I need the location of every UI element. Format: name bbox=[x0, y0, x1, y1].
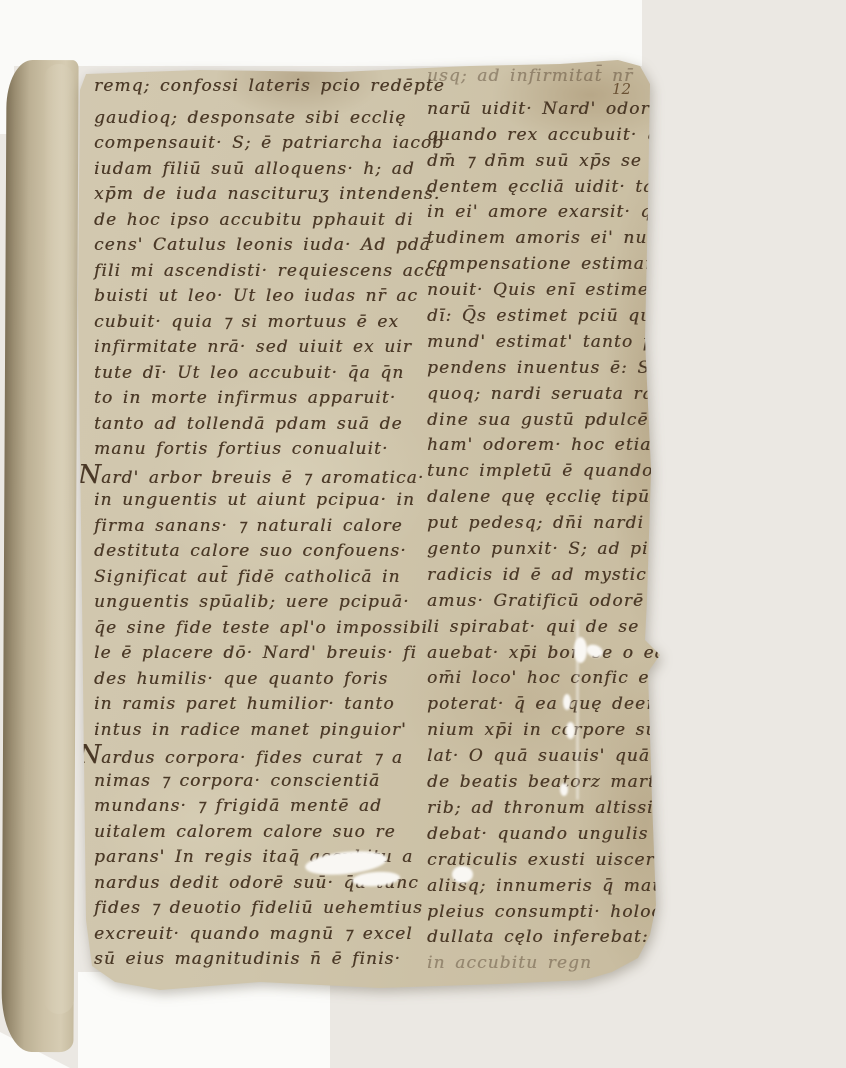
manuscript-line: dm̄ ⁊ dn̄m suū xp̄s se in cre bbox=[427, 151, 734, 177]
manuscript-line: fides ⁊ deuotio fideliū uehemtius bbox=[94, 898, 447, 924]
manuscript-line: in unguentis ut aiunt pcipua· in bbox=[94, 490, 447, 516]
manuscript-line: in accubitu regn bbox=[427, 953, 734, 979]
manuscript-line: amus· Gratificū odorē nar bbox=[427, 591, 734, 617]
manuscript-line: cubuit· quia ⁊ si mortuus ē ex bbox=[94, 312, 447, 338]
manuscript-line: quando rex accubuit· q̄a q̄ bbox=[427, 125, 734, 151]
manuscript-line: tanto ad tollendā pdam suā de bbox=[94, 414, 447, 440]
manuscript-line: rib; ad thronum altissimi bbox=[427, 798, 734, 824]
manuscript-line: buisti ut leo· Ut leo iudas nr̄ ac bbox=[94, 286, 447, 312]
manuscript-line: cens' Catulus leonis iuda· Ad pdā bbox=[94, 235, 447, 261]
manuscript-line: infirmitate nrā· sed uiuit ex uir bbox=[94, 337, 447, 363]
manuscript-line: fili mi ascendisti· requiescens accu bbox=[94, 261, 447, 287]
manuscript-line: nouit· Quis enī estimet mor bbox=[427, 280, 734, 306]
manuscript-line: ham' odorem· hoc etiam ad bbox=[427, 435, 734, 461]
manuscript-line: tute dī· Ut leo accubuit· q̄a q̄n bbox=[94, 363, 447, 389]
wormhole bbox=[452, 866, 473, 883]
manuscript-line: tunc impletū ē quando mar bbox=[427, 461, 734, 487]
crease-mark bbox=[563, 694, 571, 710]
manuscript-line: uitalem calorem calore suo re bbox=[94, 822, 447, 848]
text-column-left: remq; confossi lateris pcio redēptegaudi… bbox=[94, 76, 447, 975]
manuscript-line: in ei' amore exarsit· quanto m bbox=[427, 202, 734, 228]
manuscript-line: dullata cęlo inferebat: T bbox=[427, 927, 734, 953]
manuscript-line: radicis id ē ad mysticū sens bbox=[427, 565, 734, 591]
manuscript-line: xp̄m de iuda nascituruʒ intendens. bbox=[94, 184, 447, 210]
manuscript-line: poterat· q̄ ea quę deerant p bbox=[427, 694, 734, 720]
manuscript-line: intus in radice manet pinguior' bbox=[94, 720, 447, 746]
manuscript-line: nimas ⁊ corpora· conscientiā bbox=[94, 771, 447, 797]
manuscript-line: gento punxit· S; ad pingu bbox=[427, 539, 734, 565]
manuscript-line: Nard' arbor breuis ē ⁊ aromatica· bbox=[94, 465, 447, 491]
manuscript-line: compensauit· S; ē patriarcha iacob bbox=[94, 133, 447, 159]
manuscript-line: mund' estimat' tanto pcio im bbox=[427, 332, 734, 358]
manuscript-line: le ē placere dō· Nard' breuis· fi bbox=[94, 643, 447, 669]
crease-mark bbox=[566, 722, 575, 739]
manuscript-line: debat· quando ungulis ra bbox=[427, 824, 734, 850]
manuscript-photo: { "folio_number": "12", "left_column": {… bbox=[0, 0, 846, 1068]
manuscript-line: in ramis paret humilior· tanto bbox=[94, 694, 447, 720]
manuscript-line: Significat aut̄ fidē catholicā in bbox=[94, 567, 447, 593]
manuscript-line: parans' In regis itaq̄ accubitu a bbox=[94, 847, 447, 873]
manuscript-line: iudam filiū suū alloquens· h; ad bbox=[94, 159, 447, 185]
manuscript-line: gaudioq; desponsate sibi ecclię bbox=[94, 108, 447, 134]
manuscript-line: aliisq; innumeris q̄ maud bbox=[427, 876, 734, 902]
manuscript-line: de hoc ipso accubitu pphauit di bbox=[94, 210, 447, 236]
manuscript-line: des humilis· que quanto foris bbox=[94, 669, 447, 695]
manuscript-line: de beatis beatorz martyrū bbox=[427, 772, 734, 798]
manuscript-line: pendens inuentus ē: S; ut de bbox=[427, 358, 734, 384]
manuscript-line: put pedesq; dn̄i nardi pistic bbox=[427, 513, 734, 539]
manuscript-line: om̄i loco' hoc confic ent̄ bbox=[427, 668, 734, 694]
manuscript-line: dalene quę ęcclię tipū tenu bbox=[427, 487, 734, 513]
text-column-right: usq; ad infirmitat̄ nr̄narū uidit· Nard'… bbox=[427, 66, 734, 979]
manuscript-line: dī: Q̄s estimet pciū quo imm bbox=[427, 306, 734, 332]
manuscript-line: usq; ad infirmitat̄ nr̄ bbox=[427, 66, 734, 92]
manuscript-line: Nardus corpora· fides curat ⁊ a bbox=[94, 745, 447, 771]
manuscript-line: pleius consumpti· holocau bbox=[427, 902, 734, 928]
parchment-leaf: 12 remq; confossi lateris pcio redēptega… bbox=[0, 0, 846, 1068]
manuscript-line: excreuit· quando magnū ⁊ excel bbox=[94, 924, 447, 950]
manuscript-line: dine sua gustū pdulcē suau bbox=[427, 410, 734, 436]
manuscript-line: dentem ęccliā uidit· tanto ar bbox=[427, 177, 734, 203]
manuscript-line: quoq; nardi seruata radici bbox=[427, 384, 734, 410]
manuscript-line: firma sanans· ⁊ naturali calore bbox=[94, 516, 447, 542]
manuscript-line: manu fortis fortius conualuit· bbox=[94, 439, 447, 465]
manuscript-line: craticulis exusti uiscera m bbox=[427, 850, 734, 876]
manuscript-line: q̄e sine fide teste apl'o impossibi bbox=[94, 618, 447, 644]
manuscript-line: compensatione estimare pos bbox=[427, 254, 734, 280]
manuscript-line: to in morte infirmus apparuit· bbox=[94, 388, 447, 414]
parchment-leaf-shadow: 12 remq; confossi lateris pcio redēptega… bbox=[0, 0, 846, 1068]
manuscript-line: destituta calore suo confouens· bbox=[94, 541, 447, 567]
manuscript-line: remq; confossi lateris pcio redēpte bbox=[94, 76, 447, 102]
manuscript-line: nium xp̄i in corpore suo sup bbox=[427, 720, 734, 746]
crease-mark bbox=[560, 783, 568, 796]
manuscript-line: narū uidit· Nard' odorē suū bbox=[427, 99, 734, 125]
manuscript-line: unguentis spūalib; uere pcipuā· bbox=[94, 592, 447, 618]
manuscript-line: sū eius magnitudinis n̄ ē finis· bbox=[94, 949, 447, 975]
manuscript-line: lat· O quā suauis' quā gra bbox=[427, 746, 734, 772]
manuscript-line: mundans· ⁊ frigidā mentē ad bbox=[94, 796, 447, 822]
manuscript-line: tudinem amoris ei' nulla um bbox=[427, 228, 734, 254]
